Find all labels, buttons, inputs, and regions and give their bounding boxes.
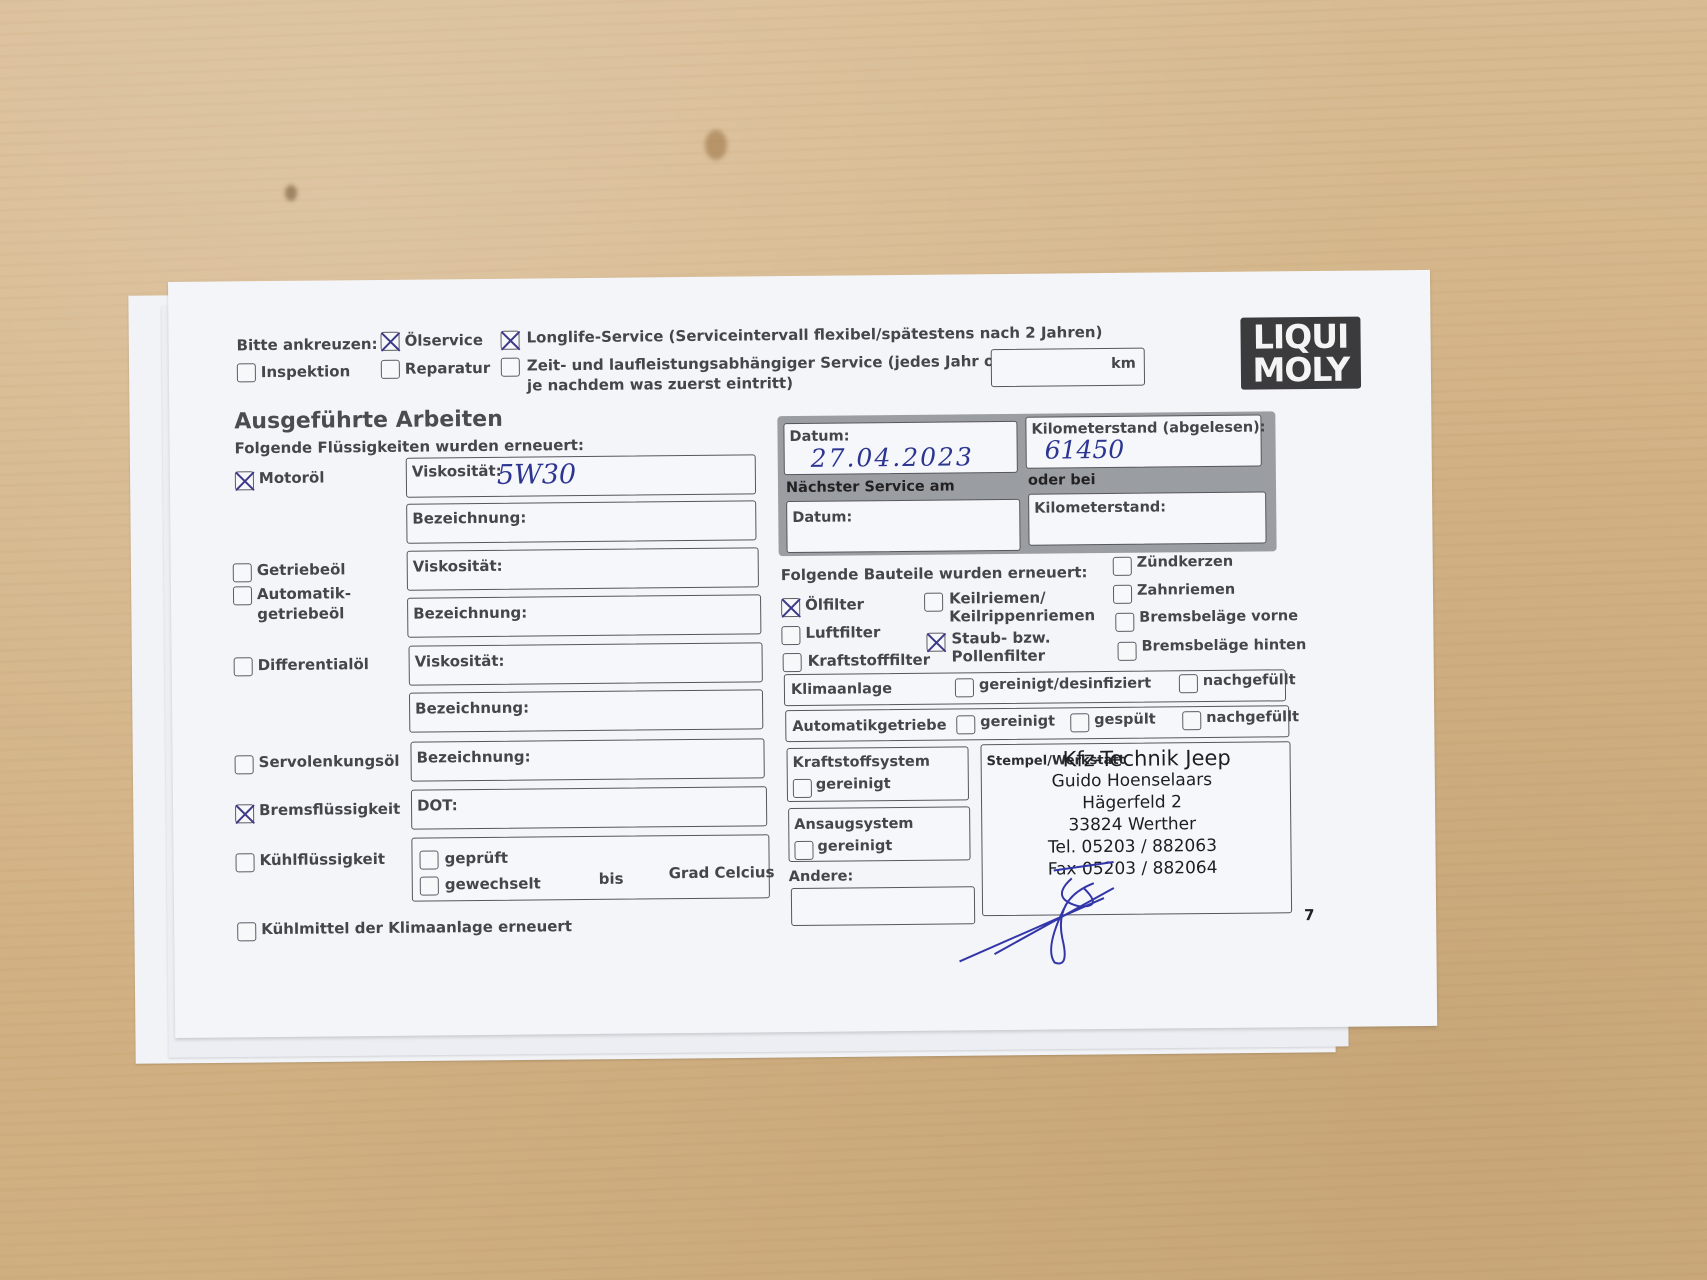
ac-refrigerant-label: Kühlmittel der Klimaanlage erneuert xyxy=(261,917,572,938)
oil-service-label: Ölservice xyxy=(404,331,483,350)
spark-plugs-checkbox[interactable] xyxy=(1113,557,1132,576)
spark-plugs-label: Zündkerzen xyxy=(1137,554,1234,571)
motor-oil-checkbox[interactable] xyxy=(235,471,254,490)
transmission-flushed-checkbox[interactable] xyxy=(1070,713,1089,732)
other-field[interactable] xyxy=(791,886,975,926)
oil-filter-label: Ölfilter xyxy=(805,595,864,614)
gear-oil-checkbox[interactable] xyxy=(233,563,252,582)
automatic-transmission-oil-designation-field[interactable]: Bezeichnung: xyxy=(407,594,761,637)
liqui-moly-logo: LIQUI MOLY xyxy=(1240,317,1361,390)
differential-oil-viscosity-field[interactable]: Viskosität: xyxy=(409,642,763,685)
transmission-refilled-checkbox[interactable] xyxy=(1182,711,1201,730)
page-number: 7 xyxy=(1304,906,1315,924)
time-mileage-service-label: Zeit- und laufleistungsabhängiger Servic… xyxy=(527,351,1059,374)
field-label: Kilometerstand: xyxy=(1034,499,1166,516)
brake-fluid-label: Bremsflüssigkeit xyxy=(259,800,400,819)
fuel-system-cleaned-label: gereinigt xyxy=(816,776,891,793)
field-label: Bezeichnung: xyxy=(413,604,527,623)
logo-line1: LIQUI xyxy=(1240,320,1360,354)
coolant-changed-checkbox[interactable] xyxy=(420,876,439,895)
intake-system-label: Ansaugsystem xyxy=(794,816,913,833)
pollen-filter-label: Staub- bzw. xyxy=(951,629,1050,648)
ac-refilled-checkbox[interactable] xyxy=(1179,674,1198,693)
transmission-cleaned-label: gereinigt xyxy=(980,714,1055,731)
field-label: Bezeichnung: xyxy=(416,748,530,767)
transmission-cleaned-checkbox[interactable] xyxy=(956,715,975,734)
stamp-owner: Guido Hoenselaars xyxy=(982,768,1282,793)
gear-oil-viscosity-field[interactable]: Viskosität: xyxy=(407,547,759,590)
stamp-city: 33824 Werther xyxy=(982,812,1282,837)
inspection-label: Inspektion xyxy=(261,362,351,381)
field-label: Viskosität: xyxy=(415,652,505,671)
intake-system-box: Ansaugsystem gereinigt xyxy=(788,806,971,862)
km-unit-label: km xyxy=(1111,356,1136,372)
automatic-transmission-label: Automatikgetriebe xyxy=(792,718,946,735)
stamp-street: Hägerfeld 2 xyxy=(982,790,1282,815)
intake-system-cleaned-label: gereinigt xyxy=(817,838,892,855)
brake-fluid-dot-field[interactable]: DOT: xyxy=(411,786,767,829)
brake-fluid-checkbox[interactable] xyxy=(235,804,254,823)
fuel-filter-checkbox[interactable] xyxy=(783,653,802,672)
time-mileage-service-label-line2: je nachdem was zuerst eintritt) xyxy=(527,374,793,395)
mileage-read-value: 61450 xyxy=(1045,435,1125,465)
ac-system-row: Klimaanlage gereinigt/desinfiziert nachg… xyxy=(784,669,1286,706)
pollen-filter-checkbox[interactable] xyxy=(926,633,945,652)
automatic-transmission-oil-label: Automatik- xyxy=(257,584,351,603)
oil-filter-checkbox[interactable] xyxy=(781,598,800,617)
mileage-read-field[interactable]: Kilometerstand (abgelesen): 61450 xyxy=(1025,415,1261,469)
intake-system-cleaned-checkbox[interactable] xyxy=(794,841,813,860)
check-prompt: Bitte ankreuzen: xyxy=(237,335,378,354)
power-steering-oil-designation-field[interactable]: Bezeichnung: xyxy=(410,738,764,781)
wood-knot xyxy=(285,185,297,201)
motor-oil-designation-field[interactable]: Bezeichnung: xyxy=(406,500,756,543)
motor-oil-label: Motoröl xyxy=(259,469,325,488)
air-filter-checkbox[interactable] xyxy=(781,626,800,645)
fluids-subtitle: Folgende Flüssigkeiten wurden erneuert: xyxy=(235,436,585,457)
ac-refilled-label: nachgefüllt xyxy=(1203,672,1296,689)
rear-brake-pads-label: Bremsbeläge hinten xyxy=(1141,637,1306,655)
fuel-system-cleaned-checkbox[interactable] xyxy=(793,779,812,798)
v-belt-label: Keilriemen/ xyxy=(949,589,1046,608)
ac-cleaned-label: gereinigt/desinfiziert xyxy=(979,676,1151,694)
next-service-label: Nächster Service am xyxy=(786,478,955,496)
ac-cleaned-checkbox[interactable] xyxy=(955,678,974,697)
time-mileage-service-checkbox[interactable] xyxy=(501,358,520,377)
pollen-filter-label-line2: Pollenfilter xyxy=(952,647,1046,666)
longlife-service-label: Longlife-Service (Serviceintervall flexi… xyxy=(526,323,1102,347)
or-at-label: oder bei xyxy=(1028,472,1096,489)
field-label: Bezeichnung: xyxy=(412,509,526,528)
inspection-checkbox[interactable] xyxy=(237,363,256,382)
repair-label: Reparatur xyxy=(405,359,491,378)
fuel-filter-label: Kraftstofffilter xyxy=(808,651,931,670)
field-label: Bezeichnung: xyxy=(415,699,529,718)
fuel-system-label: Kraftstoffsystem xyxy=(793,754,930,771)
km-interval-field[interactable]: km xyxy=(991,348,1145,387)
field-label: Viskosität: xyxy=(413,557,503,576)
timing-belt-label: Zahnriemen xyxy=(1137,582,1235,599)
service-record-card: Bitte ankreuzen: Ölservice Longlife-Serv… xyxy=(168,270,1437,1038)
service-date-field[interactable]: Datum: 27.04.2023 xyxy=(783,421,1017,475)
coolant-checked-checkbox[interactable] xyxy=(419,850,438,869)
air-filter-label: Luftfilter xyxy=(805,623,880,642)
coolant-label: Kühlflüssigkeit xyxy=(259,850,385,869)
automatic-transmission-oil-checkbox[interactable] xyxy=(233,586,252,605)
differential-oil-designation-field[interactable]: Bezeichnung: xyxy=(409,689,763,732)
v-belt-checkbox[interactable] xyxy=(924,593,943,612)
repair-checkbox[interactable] xyxy=(381,360,400,379)
automatic-transmission-oil-label-line2: getriebeöl xyxy=(257,604,344,623)
differential-oil-checkbox[interactable] xyxy=(234,657,253,676)
logo-line2: MOLY xyxy=(1241,353,1361,387)
coolant-changed-label: gewechselt xyxy=(445,874,541,893)
service-dates-panel: Datum: 27.04.2023 Kilometerstand (abgele… xyxy=(777,411,1276,556)
front-brake-pads-label: Bremsbeläge vorne xyxy=(1139,608,1298,626)
field-label: Datum: xyxy=(792,509,852,526)
gear-oil-label: Getriebeöl xyxy=(257,560,346,579)
coolant-until-label: bis xyxy=(599,870,624,888)
coolant-unit-label: Grad Celcius xyxy=(669,863,775,882)
timing-belt-checkbox[interactable] xyxy=(1113,585,1132,604)
coolant-detail-box: geprüft gewechselt bis Grad Celcius xyxy=(411,834,770,901)
section-title: Ausgeführte Arbeiten xyxy=(234,407,503,435)
power-steering-oil-checkbox[interactable] xyxy=(235,755,254,774)
v-belt-label-line2: Keilrippenriemen xyxy=(949,606,1095,625)
motor-oil-viscosity-value: 5W30 xyxy=(497,459,577,491)
transmission-refilled-label: nachgefüllt xyxy=(1206,709,1299,726)
fuel-system-box: Kraftstoffsystem gereinigt xyxy=(787,746,970,802)
signature xyxy=(954,858,1155,970)
stamp-company: Kfz-Technik Jeep xyxy=(982,746,1282,771)
next-service-mileage-field[interactable]: Kilometerstand: xyxy=(1028,491,1266,545)
transmission-flushed-label: gespült xyxy=(1094,712,1156,729)
power-steering-oil-label: Servolenkungsöl xyxy=(259,752,400,771)
longlife-service-checkbox[interactable] xyxy=(500,331,519,350)
stamp-phone: Tel. 05203 / 882063 xyxy=(982,834,1282,859)
coolant-checkbox[interactable] xyxy=(235,853,254,872)
differential-oil-label: Differentialöl xyxy=(258,655,369,674)
field-label: Viskosität: xyxy=(412,462,502,481)
wood-knot xyxy=(705,130,727,160)
parts-title: Folgende Bauteile wurden erneuert: xyxy=(781,563,1088,584)
next-service-date-field[interactable]: Datum: xyxy=(786,499,1020,553)
motor-oil-viscosity-field[interactable]: Viskosität: 5W30 xyxy=(406,454,756,497)
automatic-transmission-row: Automatikgetriebe gereinigt gespült nach… xyxy=(785,705,1289,742)
oil-service-checkbox[interactable] xyxy=(380,332,399,351)
coolant-checked-label: geprüft xyxy=(444,849,508,868)
service-date-value: 27.04.2023 xyxy=(811,442,974,473)
front-brake-pads-checkbox[interactable] xyxy=(1115,613,1134,632)
field-label: DOT: xyxy=(417,796,458,814)
other-label: Andere: xyxy=(789,868,854,885)
ac-refrigerant-checkbox[interactable] xyxy=(237,922,256,941)
rear-brake-pads-checkbox[interactable] xyxy=(1117,642,1136,661)
ac-system-label: Klimaanlage xyxy=(791,681,892,698)
